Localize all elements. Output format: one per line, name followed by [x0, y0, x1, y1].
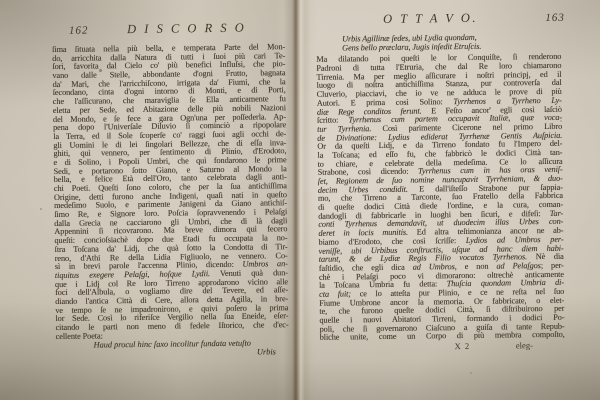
right-text-block: Ma dilatando poi queſti le lor Conquiſte… — [316, 53, 564, 343]
catchword: Urbis — [56, 348, 289, 360]
right-page: O T T A V O. 163 Urbis Agillinæ ſedes, u… — [316, 10, 565, 354]
text-line: Gens bello præclara, Jugis inſedit Etruſ… — [316, 41, 561, 53]
book-spread-photo: 162 D I S C O R S O ſima ſituata nella p… — [0, 0, 600, 400]
right-page-header: O T T A V O. 163 — [316, 10, 561, 28]
left-running-title: D I S C O R S O — [88, 20, 285, 37]
book-spread: 162 D I S C O R S O ſima ſituata nella p… — [0, 0, 600, 400]
left-page-number: 162 — [69, 25, 89, 37]
right-page-footer: X 2 eleg- — [320, 341, 565, 354]
right-running-title: O T T A V O. — [316, 10, 546, 28]
signature-mark: X 2 — [454, 342, 470, 351]
right-opening-verse: Urbis Agillinæ ſedes, ubi Lydia quondam,… — [316, 33, 561, 53]
left-page-header: 162 D I S C O R S O — [52, 20, 285, 38]
left-page: 162 D I S C O R S O ſima ſituata nella p… — [52, 20, 289, 360]
left-closing-verse: Haud procul hinc ſaxo incolitur fundata … — [56, 340, 289, 360]
catchword: eleg- — [516, 341, 533, 350]
right-page-number: 163 — [545, 12, 565, 24]
left-text-block: ſima ſituata nella più bella, e temperat… — [52, 43, 289, 341]
